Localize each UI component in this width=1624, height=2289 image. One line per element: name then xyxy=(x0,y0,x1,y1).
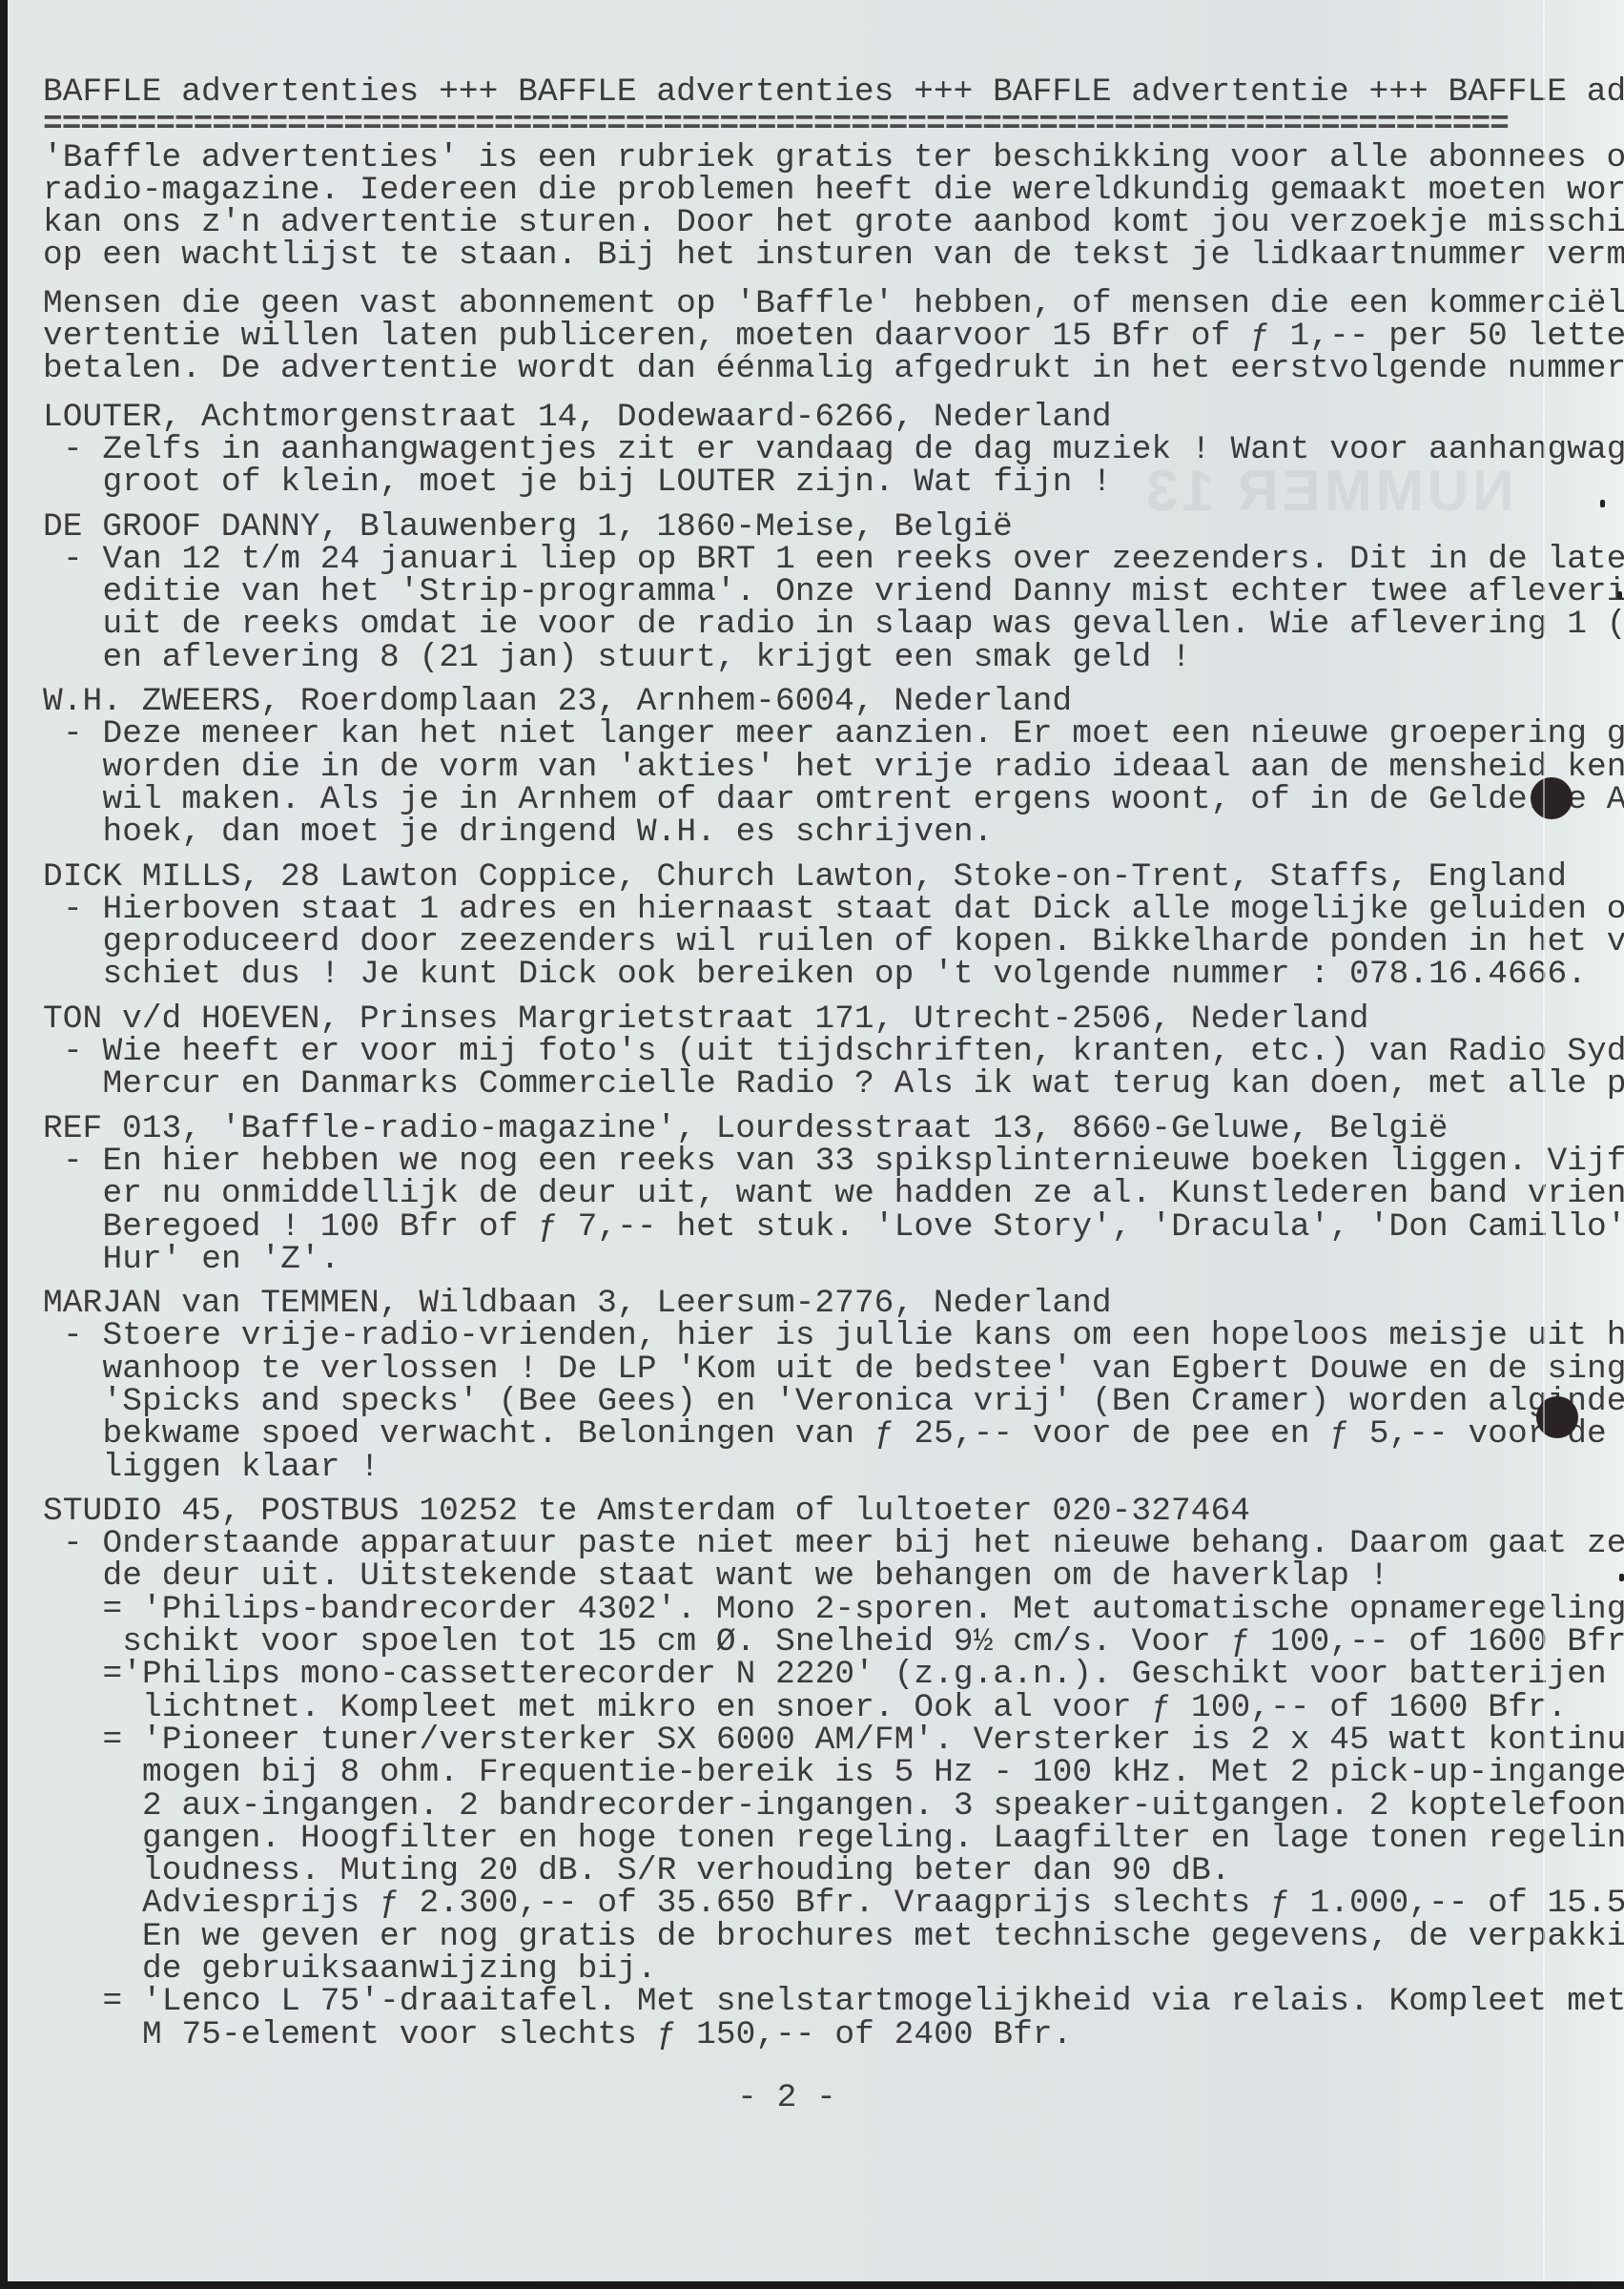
ad-body-line: - Deze meneer kan het niet langer meer a… xyxy=(43,718,1607,751)
ad-body-line: = 'Pioneer tuner/versterker SX 6000 AM/F… xyxy=(43,1724,1607,1757)
ad-entry: TON v/d HOEVEN, Prinses Margrietstraat 1… xyxy=(43,1003,1607,1102)
ad-entry: MARJAN van TEMMEN, Wildbaan 3, Leersum-2… xyxy=(43,1288,1607,1484)
ad-body-line: er nu onmiddellijk de deur uit, want we … xyxy=(43,1178,1607,1210)
ad-body-line: - Zelfs in aanhangwagentjes zit er vanda… xyxy=(43,434,1607,466)
page-number: - 2 - xyxy=(8,2082,1607,2114)
ad-body-line: wil maken. Als je in Arnhem of daar omtr… xyxy=(43,784,1607,816)
ad-heading: DICK MILLS, 28 Lawton Coppice, Church La… xyxy=(43,861,1607,894)
ad-entry: DICK MILLS, 28 Lawton Coppice, Church La… xyxy=(43,861,1607,992)
ad-entry: STUDIO 45, POSTBUS 10252 te Amsterdam of… xyxy=(43,1495,1607,2052)
ad-body-line: liggen klaar ! xyxy=(43,1452,1607,1484)
ad-entry: DE GROOF DANNY, Blauwenberg 1, 1860-Meis… xyxy=(43,511,1607,674)
ad-body-line: = 'Philips-bandrecorder 4302'. Mono 2-sp… xyxy=(43,1594,1607,1626)
typewritten-document: BAFFLE advertenties +++ BAFFLE advertent… xyxy=(43,76,1607,2114)
ad-body-line: loudness. Muting 20 dB. S/R verhouding b… xyxy=(43,1855,1607,1887)
ad-entry: W.H. ZWEERS, Roerdomplaan 23, Arnhem-600… xyxy=(43,686,1607,849)
separator-line: ========================================… xyxy=(43,109,1607,141)
ad-body-line: lichtnet. Kompleet met mikro en snoer. O… xyxy=(43,1692,1607,1724)
ad-body-line: - Wie heeft er voor mij foto's (uit tijd… xyxy=(43,1036,1607,1068)
paper-speck xyxy=(1600,500,1605,507)
ad-body-line: wanhoop te verlossen ! De LP 'Kom uit de… xyxy=(43,1353,1607,1386)
ad-heading: DE GROOF DANNY, Blauwenberg 1, 1860-Meis… xyxy=(43,511,1607,544)
ad-body-line: en aflevering 8 (21 jan) stuurt, krijgt … xyxy=(43,642,1607,674)
ad-heading: W.H. ZWEERS, Roerdomplaan 23, Arnhem-600… xyxy=(43,686,1607,718)
paper-speck xyxy=(1617,591,1622,599)
ad-heading: STUDIO 45, POSTBUS 10252 te Amsterdam of… xyxy=(43,1495,1607,1528)
ad-body-line: Mercur en Danmarks Commercielle Radio ? … xyxy=(43,1068,1607,1101)
ad-body-line: - Van 12 t/m 24 januari liep op BRT 1 ee… xyxy=(43,544,1607,576)
ad-heading: REF 013, 'Baffle-radio-magazine', Lourde… xyxy=(43,1113,1607,1145)
ad-body-line: M 75-element voor slechts ƒ 150,-- of 24… xyxy=(43,2019,1607,2052)
ad-entry: LOUTER, Achtmorgenstraat 14, Dodewaard-6… xyxy=(43,402,1607,500)
ad-body-line: - Stoere vrije-radio-vrienden, hier is j… xyxy=(43,1320,1607,1352)
ad-body-line: geproduceerd door zeezenders wil ruilen … xyxy=(43,926,1607,959)
ad-body-line: groot of klein, moet je bij LOUTER zijn.… xyxy=(43,466,1607,499)
ad-body-line: = 'Lenco L 75'-draaitafel. Met snelstart… xyxy=(43,1986,1607,2018)
paper-speck xyxy=(1619,1574,1624,1581)
ad-body-line: bekwame spoed verwacht. Beloningen van ƒ… xyxy=(43,1418,1607,1451)
ad-body-line: de deur uit. Uitstekende staat want we b… xyxy=(43,1560,1607,1593)
ad-body-line: Hur' en 'Z'. xyxy=(43,1244,1607,1276)
ad-body-line: hoek, dan moet je dringend W.H. es schri… xyxy=(43,816,1607,849)
intro-paragraph-1: 'Baffle advertenties' is een rubriek gra… xyxy=(43,142,1607,273)
ads-list: LOUTER, Achtmorgenstraat 14, Dodewaard-6… xyxy=(43,402,1607,2052)
ad-heading: TON v/d HOEVEN, Prinses Margrietstraat 1… xyxy=(43,1003,1607,1036)
ad-heading: LOUTER, Achtmorgenstraat 14, Dodewaard-6… xyxy=(43,402,1607,434)
scan-border xyxy=(0,2281,1624,2289)
ad-body-line: Beregoed ! 100 Bfr of ƒ 7,-- het stuk. '… xyxy=(43,1211,1607,1244)
document-page: NUMMER 13 BAFFLE advertenties +++ BAFFLE… xyxy=(8,0,1624,2281)
ad-body-line: - Onderstaande apparatuur paste niet mee… xyxy=(43,1528,1607,1560)
ad-body-line: uit de reeks omdat ie voor de radio in s… xyxy=(43,608,1607,641)
ad-body-line: schiet dus ! Je kunt Dick ook bereiken o… xyxy=(43,959,1607,991)
ad-body-line: de gebruiksaanwijzing bij. xyxy=(43,1953,1607,1986)
ad-body-line: gangen. Hoogfilter en hoge tonen regelin… xyxy=(43,1823,1607,1855)
punch-hole-bottom xyxy=(1536,1396,1578,1438)
ad-body-line: - Hierboven staat 1 adres en hiernaast s… xyxy=(43,894,1607,926)
ad-body-line: En we geven er nog gratis de brochures m… xyxy=(43,1921,1607,1953)
ad-body-line: - En hier hebben we nog een reeks van 33… xyxy=(43,1145,1607,1178)
ad-body-line: Adviesprijs ƒ 2.300,-- of 35.650 Bfr. Vr… xyxy=(43,1887,1607,1920)
ad-body-line: ='Philips mono-cassetterecorder N 2220' … xyxy=(43,1659,1607,1691)
ad-body-line: 'Spicks and specks' (Bee Gees) en 'Veron… xyxy=(43,1386,1607,1418)
intro-paragraph-2: Mensen die geen vast abonnement op 'Baff… xyxy=(43,288,1607,386)
ad-body-line: 2 aux-ingangen. 2 bandrecorder-ingangen.… xyxy=(43,1790,1607,1823)
ad-body-line: mogen bij 8 ohm. Frequentie-bereik is 5 … xyxy=(43,1757,1607,1789)
title-banner: BAFFLE advertenties +++ BAFFLE advertent… xyxy=(43,76,1607,109)
ad-body-line: worden die in de vorm van 'akties' het v… xyxy=(43,752,1607,784)
ad-heading: MARJAN van TEMMEN, Wildbaan 3, Leersum-2… xyxy=(43,1288,1607,1320)
ad-body-line: schikt voor spoelen tot 15 cm Ø. Snelhei… xyxy=(43,1626,1607,1659)
punch-hole-top xyxy=(1531,777,1573,819)
ad-body-line: editie van het 'Strip-programma'. Onze v… xyxy=(43,576,1607,608)
ad-entry: REF 013, 'Baffle-radio-magazine', Lourde… xyxy=(43,1113,1607,1276)
